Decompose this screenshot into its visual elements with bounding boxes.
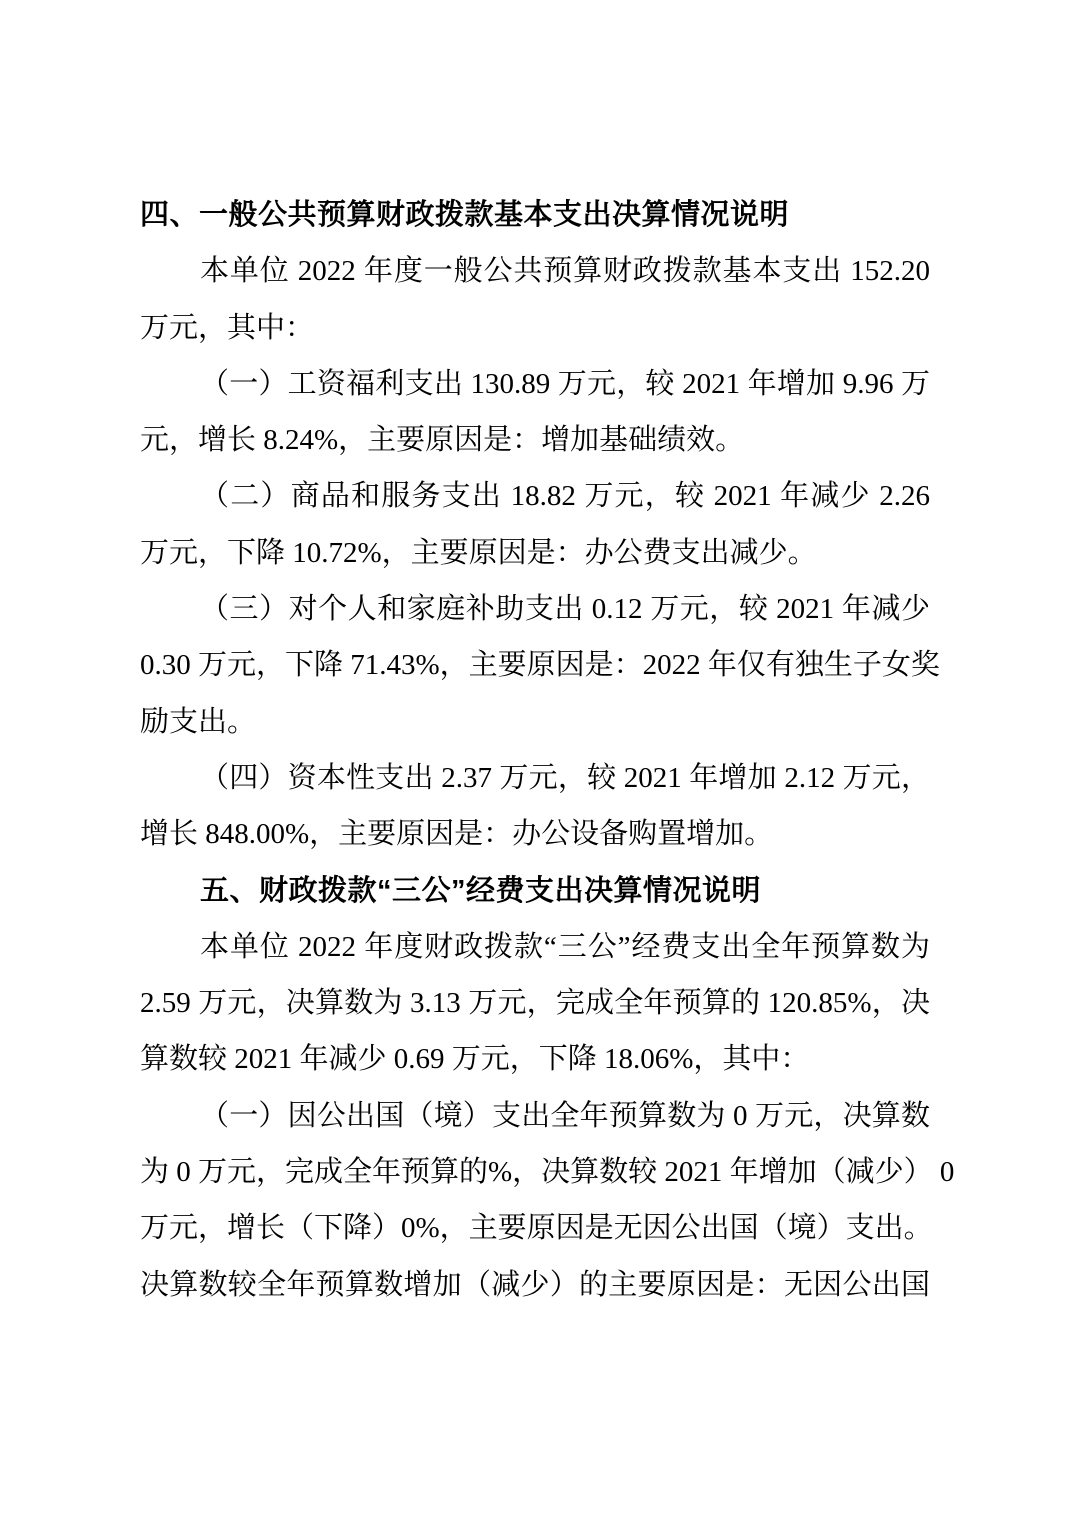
document-page: 四、一般公共预算财政拨款基本支出决算情况说明 本单位 2022 年度一般公共预算… <box>0 0 1074 1520</box>
text-line: 2.59 万元，决算数为 3.13 万元，完成全年预算的 120.85%，决 <box>140 975 930 1031</box>
text-line: （四）资本性支出 2.37 万元，较 2021 年增加 2.12 万元， <box>140 750 930 806</box>
text-line: 本单位 2022 年度一般公共预算财政拨款基本支出 152.20 <box>140 243 930 299</box>
section-4-heading: 四、一般公共预算财政拨款基本支出决算情况说明 <box>140 187 930 243</box>
document-content: 四、一般公共预算财政拨款基本支出决算情况说明 本单位 2022 年度一般公共预算… <box>140 187 930 1313</box>
text-line: 为 0 万元，完成全年预算的%，决算数较 2021 年增加（减少） 0 <box>140 1144 930 1200</box>
text-line: 决算数较全年预算数增加（减少）的主要原因是：无因公出国 <box>140 1257 930 1313</box>
paragraph: （二）商品和服务支出 18.82 万元，较 2021 年减少 2.26 万元，下… <box>140 468 930 581</box>
text-line: （一）工资福利支出 130.89 万元，较 2021 年增加 9.96 万 <box>140 356 930 412</box>
text-line: 励支出。 <box>140 694 930 750</box>
text-line: 元，增长 8.24%，主要原因是：增加基础绩效。 <box>140 412 930 468</box>
paragraph: （四）资本性支出 2.37 万元，较 2021 年增加 2.12 万元， 增长 … <box>140 750 930 863</box>
paragraph: 本单位 2022 年度财政拨款“三公”经费支出全年预算数为 2.59 万元，决算… <box>140 919 930 1088</box>
paragraph: 本单位 2022 年度一般公共预算财政拨款基本支出 152.20 万元，其中： <box>140 243 930 356</box>
text-line: 增长 848.00%，主要原因是：办公设备购置增加。 <box>140 806 930 862</box>
text-line: 万元，其中： <box>140 300 930 356</box>
text-line: （三）对个人和家庭补助支出 0.12 万元，较 2021 年减少 <box>140 581 930 637</box>
paragraph: 决算数较全年预算数增加（减少）的主要原因是：无因公出国 <box>140 1257 930 1313</box>
text-line: 0.30 万元，下降 71.43%，主要原因是：2022 年仅有独生子女奖 <box>140 637 930 693</box>
section-5-heading: 五、财政拨款“三公”经费支出决算情况说明 <box>140 863 930 919</box>
text-line: 本单位 2022 年度财政拨款“三公”经费支出全年预算数为 <box>140 919 930 975</box>
text-line: （二）商品和服务支出 18.82 万元，较 2021 年减少 2.26 <box>140 468 930 524</box>
text-line: （一）因公出国（境）支出全年预算数为 0 万元，决算数 <box>140 1088 930 1144</box>
paragraph: （一）因公出国（境）支出全年预算数为 0 万元，决算数 为 0 万元，完成全年预… <box>140 1088 930 1257</box>
paragraph: （一）工资福利支出 130.89 万元，较 2021 年增加 9.96 万 元，… <box>140 356 930 469</box>
text-line: 算数较 2021 年减少 0.69 万元，下降 18.06%，其中： <box>140 1031 930 1087</box>
text-line: 万元，增长（下降）0%，主要原因是无因公出国（境）支出。 <box>140 1200 930 1256</box>
text-line: 万元，下降 10.72%，主要原因是：办公费支出减少。 <box>140 525 930 581</box>
paragraph: （三）对个人和家庭补助支出 0.12 万元，较 2021 年减少 0.30 万元… <box>140 581 930 750</box>
